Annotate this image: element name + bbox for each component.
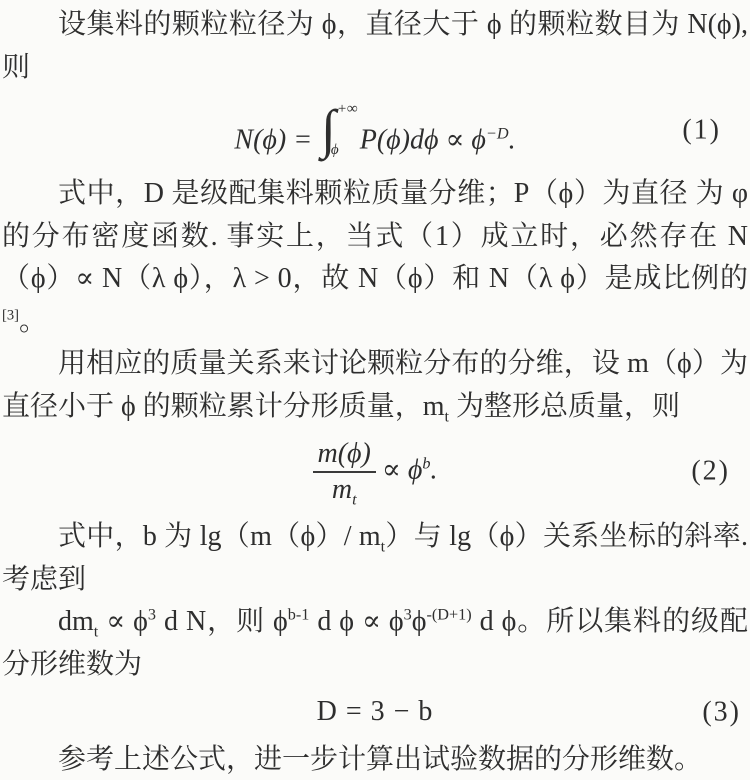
paragraph-mass-relation: 用相应的质量关系来讨论颗粒分布的分维，设 m（ϕ）为直径小于 ϕ 的颗粒累计分形… [2, 343, 748, 428]
eq1-period: . [509, 125, 516, 156]
derivation-text-3: d N，则 ϕ [156, 606, 288, 637]
derivation-text-2: ∝ ϕ [98, 606, 148, 637]
equation-3-body: D = 3 − b [317, 691, 434, 734]
paragraph-conclusion-text: 参考上述公式，进一步计算出试验数据的分形维数。 [58, 744, 702, 775]
paragraph-eq1-text-1: 式中，D 是级配集料颗粒质量分维；P（ϕ）为直径 为 φ的分布密度函数. 事实上… [2, 178, 748, 294]
paragraph-intro: 设集料的颗粒粒径为 ϕ，直径大于 ϕ 的颗粒数目为 N(ϕ), 则 [2, 4, 748, 89]
paragraph-slope-text-1: 式中，b 为 lg（m（ϕ）/ m [58, 521, 381, 552]
equation-2-number: (2) [691, 451, 730, 494]
equation-3-number: (3) [702, 691, 741, 734]
equation-2-body: m(ϕ)mt∝ ϕb. [313, 438, 438, 506]
equation-1-body: N(ϕ) = ∫+∞ϕP(ϕ)dϕ ∝ ϕ−D. [234, 100, 515, 162]
citation-ref-3: [3] [2, 307, 19, 323]
equation-1: N(ϕ) = ∫+∞ϕP(ϕ)dϕ ∝ ϕ−D. (1) [2, 89, 748, 173]
equation-3: D = 3 − b (3) [2, 687, 748, 739]
integral-upper-limit: +∞ [337, 102, 358, 117]
eq2-rhs: ∝ ϕ [382, 455, 422, 486]
derivation-text-4: d ϕ ∝ ϕ [309, 606, 403, 637]
paragraph-slope-explain: 式中，b 为 lg（m（ϕ）/ mt）与 lg（ϕ）关系坐标的斜率. 考虑到 [2, 516, 748, 601]
fraction-numerator: m(ϕ) [313, 438, 376, 473]
integral-sign: ∫ [321, 105, 336, 154]
paragraph-mass-text-2: 为整形总质量，则 [449, 391, 680, 422]
equation-1-number: (1) [682, 110, 721, 153]
fraction-denominator-main: m [332, 474, 352, 505]
paragraph-intro-text: 设集料的颗粒粒径为 ϕ，直径大于 ϕ 的颗粒数目为 N(ϕ), 则 [2, 9, 748, 83]
eq2-period: . [430, 455, 437, 486]
fraction-denominator-sub: t [352, 491, 357, 509]
integral-limits: +∞ϕ [337, 100, 358, 162]
paragraph-derivation: dmt ∝ ϕ3 d N，则 ϕb-1 d ϕ ∝ ϕ3ϕ-(D+1) d ϕ。… [2, 601, 748, 686]
eq1-lhs: N(ϕ) = [234, 125, 319, 156]
derivation-text-5: ϕ [412, 606, 427, 637]
eq1-integrand: P(ϕ)dϕ ∝ ϕ [360, 125, 486, 156]
fraction: m(ϕ)mt [313, 438, 376, 506]
derivation-dm: dm [58, 606, 94, 637]
derivation-sup-D1: -(D+1) [426, 606, 471, 624]
equation-2: m(ϕ)mt∝ ϕb. (2) [2, 428, 748, 516]
derivation-sup-b1: b-1 [288, 606, 310, 624]
document-page: 设集料的颗粒粒径为 ϕ，直径大于 ϕ 的颗粒数目为 N(ϕ), 则 N(ϕ) =… [0, 0, 750, 780]
derivation-sup-3a: 3 [148, 606, 156, 624]
paragraph-conclusion: 参考上述公式，进一步计算出试验数据的分形维数。 [2, 739, 748, 780]
integral-expression: ∫+∞ϕ [321, 100, 358, 162]
paragraph-eq1-text-2: 。 [19, 306, 47, 337]
eq1-exponent: −D [486, 124, 509, 142]
fraction-denominator: mt [332, 473, 357, 506]
paragraph-eq1-explain: 式中，D 是级配集料颗粒质量分维；P（ϕ）为直径 为 φ的分布密度函数. 事实上… [2, 173, 748, 343]
derivation-sup-3b: 3 [404, 606, 412, 624]
